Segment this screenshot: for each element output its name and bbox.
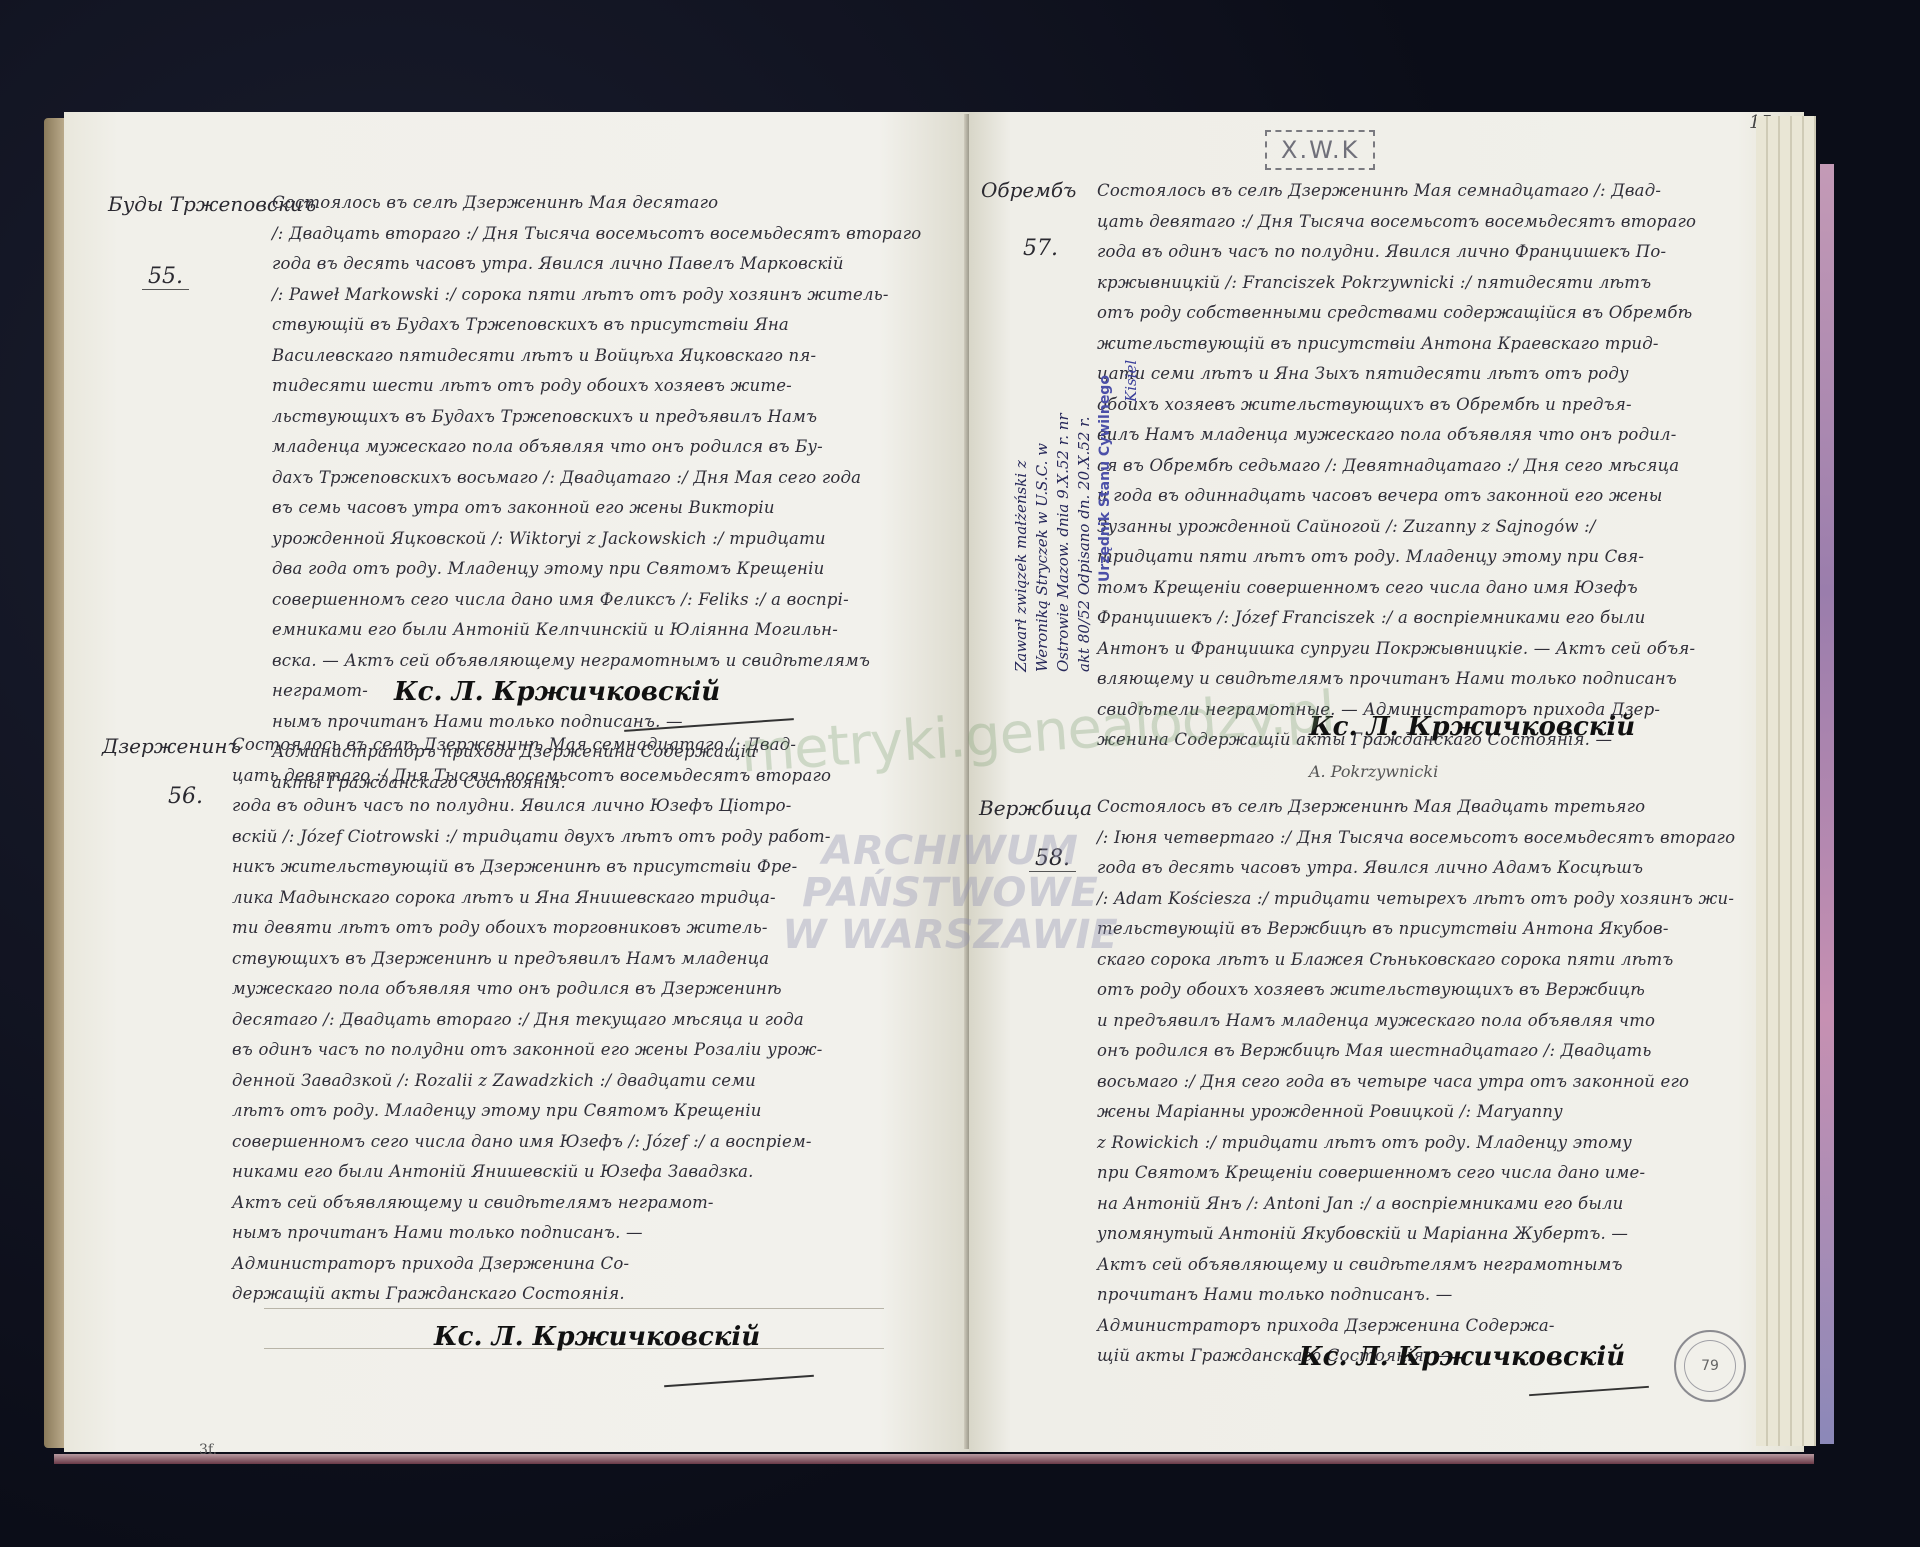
- stamp-number: 79: [1701, 1358, 1719, 1374]
- watermark-line: W WARSZAWIE: [760, 914, 1140, 956]
- signature-flourish: [1529, 1386, 1649, 1396]
- watermark-line: ARCHIWUM: [760, 830, 1140, 872]
- entry-number: 56.: [162, 784, 209, 809]
- civil-registrar-stamp: Urzędnik Stanu Cywilnego: [1097, 375, 1113, 582]
- annotation-line: Ostrowie Mazow. dnia 9.X.52 r. nr: [1053, 413, 1074, 672]
- entry-number: 57.: [1017, 236, 1064, 261]
- marbled-cover-edge: [1820, 164, 1834, 1444]
- signature: Кс. Л. Кржичковскій: [1299, 1342, 1625, 1372]
- right-page: 15 X.W.K Обрембъ 57. Состоялось въ селѣ …: [969, 112, 1804, 1452]
- entry-text: Состоялось въ селѣ Дзерженинѣ Мая семнад…: [1097, 176, 1757, 756]
- book-cover-bottom-edge: [54, 1454, 1814, 1464]
- annotation-signature: Kisiel: [1121, 360, 1142, 402]
- open-register-book: Буды Тржеповскиъ 55. Состоялось въ селѣ …: [44, 104, 1834, 1464]
- annotation-line: Weroniką Stryczek w U.S.C. w: [1032, 413, 1053, 672]
- watermark-archive: ARCHIWUM PAŃSTWOWE W WARSZAWIE: [760, 830, 1140, 956]
- annotation-line: akt 80/52 Odpisano dn. 20.X.52 r.: [1074, 413, 1095, 672]
- annotation-line: Zawarł związek małżeński z: [1011, 413, 1032, 672]
- entry-place-label: Дзерженинъ: [102, 734, 241, 758]
- entry-text: Состоялось въ селѣ Дзерженинѣ Мая Двадца…: [1097, 792, 1757, 1372]
- entry-text: Состоялось въ селѣ Дзерженинѣ Мая семнад…: [232, 730, 952, 1310]
- book-cover-edge: [44, 118, 64, 1448]
- entry-place-label: Обрембъ: [981, 178, 1076, 202]
- left-page: Буды Тржеповскиъ 55. Состоялось въ селѣ …: [64, 112, 969, 1452]
- ruled-line: [264, 1308, 884, 1309]
- margin-annotation: Zawarł związek małżeński z Weroniką Stry…: [1011, 413, 1095, 672]
- signature: Кс. Л. Кржичковскій: [1309, 712, 1635, 742]
- signature: Кс. Л. Кржичковскій: [394, 677, 720, 707]
- watermark-line: PAŃSTWOWE: [760, 872, 1140, 914]
- archive-box-stamp: X.W.K: [1265, 130, 1375, 170]
- entry-place-label: Вержбица: [979, 796, 1092, 820]
- round-archive-stamp: 79: [1674, 1330, 1746, 1402]
- signature-flourish: [664, 1375, 814, 1387]
- entry-number: 55.: [142, 264, 189, 290]
- page-edges-stack: [1756, 116, 1816, 1446]
- pencil-note: A. Pokrzywnicki: [1309, 762, 1438, 781]
- signature: Кс. Л. Кржичковскій: [434, 1322, 760, 1352]
- pencil-mark: 3f.: [199, 1442, 217, 1458]
